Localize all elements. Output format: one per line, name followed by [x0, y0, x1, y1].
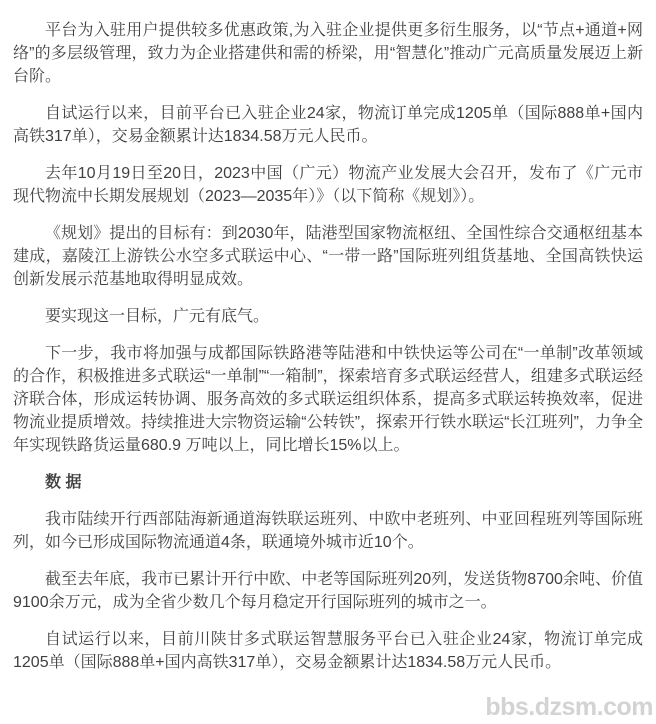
section-heading-data: 数 据 [13, 471, 643, 494]
article-page: 平台为入驻用户提供较多优惠政策,为入驻企业提供更多衍生服务，以“节点+通道+网络… [0, 0, 656, 724]
paragraph-platform-policy: 平台为入驻用户提供较多优惠政策,为入驻企业提供更多衍生服务，以“节点+通道+网络… [13, 19, 643, 88]
paragraph-year-end-stats: 截至去年底，我市已累计开行中欧、中老等国际班列20列，发送货物8700余吨、价值… [13, 568, 643, 614]
paragraph-trial-run-stats: 自试运行以来，目前平台已入驻企业24家，物流订单完成1205单（国际888单+国… [13, 102, 643, 148]
paragraph-next-steps: 下一步，我市将加强与成都国际铁路港等陆港和中铁快运等公司在“一单制”改革领域的合… [13, 342, 643, 457]
paragraph-conference-plan: 去年10月19日至20日，2023中国（广元）物流产业发展大会召开，发布了《广元… [13, 162, 643, 208]
paragraph-confidence: 要实现这一目标，广元有底气。 [13, 305, 643, 328]
paragraph-plan-goals: 《规划》提出的目标有：到2030年，陆港型国家物流枢纽、全国性综合交通枢纽基本建… [13, 222, 643, 291]
paragraph-international-trains: 我市陆续开行西部陆海新通道海铁联运班列、中欧中老班列、中亚回程班列等国际班列，如… [13, 508, 643, 554]
article-body: 平台为入驻用户提供较多优惠政策,为入驻企业提供更多衍生服务，以“节点+通道+网络… [0, 0, 656, 674]
paragraph-platform-stats-repeat: 自试运行以来，目前川陕甘多式联运智慧服务平台已入驻企业24家，物流订单完成120… [13, 628, 643, 674]
watermark-bbs-dzsm: bbs.dzsm.com [485, 693, 653, 722]
